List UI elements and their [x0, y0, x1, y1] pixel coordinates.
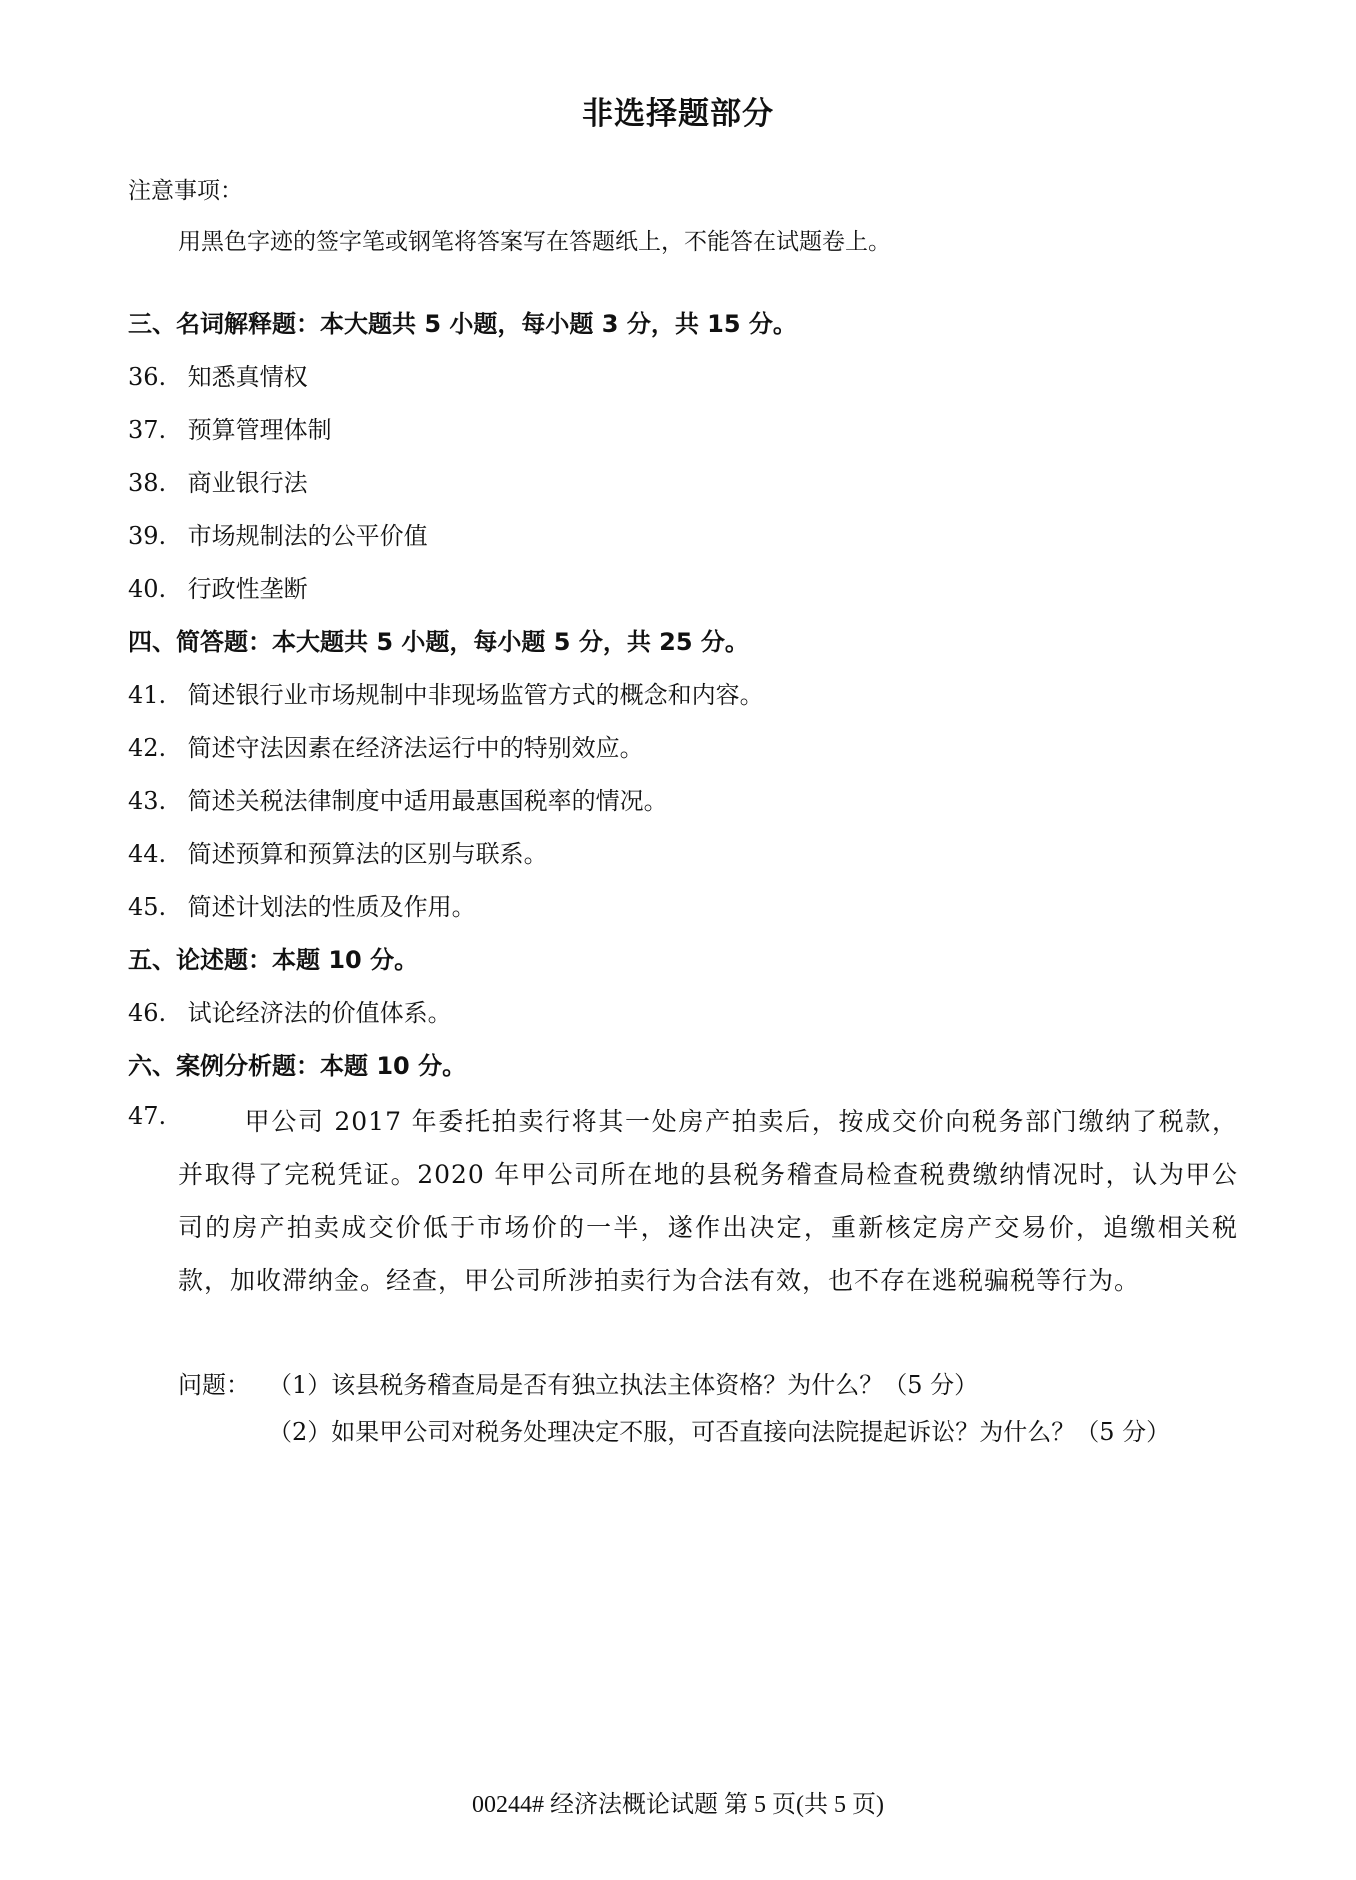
- question-text: 简述关税法律制度中适用最惠国税率的情况。: [188, 787, 668, 815]
- question-44: 44. 简述预算和预算法的区别与联系。: [128, 834, 548, 869]
- section-heading-4: 四、简答题：本大题共 5 小题，每小题 5 分，共 25 分。: [128, 622, 749, 657]
- question-text: 预算管理体制: [188, 416, 332, 444]
- notice-label: 注意事项：: [128, 172, 243, 205]
- question-number: 44.: [128, 840, 180, 868]
- question-text: 市场规制法的公平价值: [188, 522, 428, 550]
- question-text: 简述守法因素在经济法运行中的特别效应。: [188, 734, 644, 762]
- question-40: 40. 行政性垄断: [128, 569, 308, 604]
- section-heading-5: 五、论述题：本题 10 分。: [128, 940, 418, 975]
- question-number: 38.: [128, 469, 180, 497]
- notice-text: 用黑色字迹的签字笔或钢笔将答案写在答题纸上，不能答在试题卷上。: [178, 223, 891, 256]
- sub-question-2: （2）如果甲公司对税务处理决定不服，可否直接向法院提起诉讼？为什么？（5 分）: [268, 1406, 1238, 1459]
- question-number: 36.: [128, 363, 180, 391]
- question-38: 38. 商业银行法: [128, 463, 308, 498]
- question-number: 39.: [128, 522, 180, 550]
- page-title: 非选择题部分: [0, 88, 1356, 133]
- question-label: 问题：: [178, 1365, 250, 1400]
- question-number-47: 47.: [128, 1102, 166, 1130]
- section-heading-6: 六、案例分析题：本题 10 分。: [128, 1046, 466, 1081]
- question-text: 简述银行业市场规制中非现场监管方式的概念和内容。: [188, 681, 764, 709]
- question-number: 40.: [128, 575, 180, 603]
- question-41: 41. 简述银行业市场规制中非现场监管方式的概念和内容。: [128, 675, 764, 710]
- question-text: 知悉真情权: [188, 363, 308, 391]
- question-number: 41.: [128, 681, 180, 709]
- question-text: 行政性垄断: [188, 575, 308, 603]
- case-text: 甲公司 2017 年委托拍卖行将其一处房产拍卖后，按成交价向税务部门缴纳了税款，…: [178, 1107, 1238, 1295]
- question-37: 37. 预算管理体制: [128, 410, 332, 445]
- sub-question-1: （1）该县税务稽查局是否有独立执法主体资格？为什么？（5 分）: [268, 1365, 978, 1400]
- question-text: 简述计划法的性质及作用。: [188, 893, 476, 921]
- question-46: 46. 试论经济法的价值体系。: [128, 993, 452, 1028]
- question-text: 试论经济法的价值体系。: [188, 999, 452, 1027]
- question-text: 简述预算和预算法的区别与联系。: [188, 840, 548, 868]
- question-45: 45. 简述计划法的性质及作用。: [128, 887, 476, 922]
- question-text: 商业银行法: [188, 469, 308, 497]
- question-number: 46.: [128, 999, 180, 1027]
- question-number: 43.: [128, 787, 180, 815]
- question-39: 39. 市场规制法的公平价值: [128, 516, 428, 551]
- question-number: 37.: [128, 416, 180, 444]
- question-43: 43. 简述关税法律制度中适用最惠国税率的情况。: [128, 781, 668, 816]
- question-number: 42.: [128, 734, 180, 762]
- question-36: 36. 知悉真情权: [128, 357, 308, 392]
- question-42: 42. 简述守法因素在经济法运行中的特别效应。: [128, 728, 644, 763]
- section-heading-3: 三、名词解释题：本大题共 5 小题，每小题 3 分，共 15 分。: [128, 304, 797, 339]
- case-paragraph: 甲公司 2017 年委托拍卖行将其一处房产拍卖后，按成交价向税务部门缴纳了税款，…: [178, 1095, 1238, 1307]
- question-number: 45.: [128, 893, 180, 921]
- page-footer: 00244# 经济法概论试题 第 5 页(共 5 页): [0, 1784, 1356, 1819]
